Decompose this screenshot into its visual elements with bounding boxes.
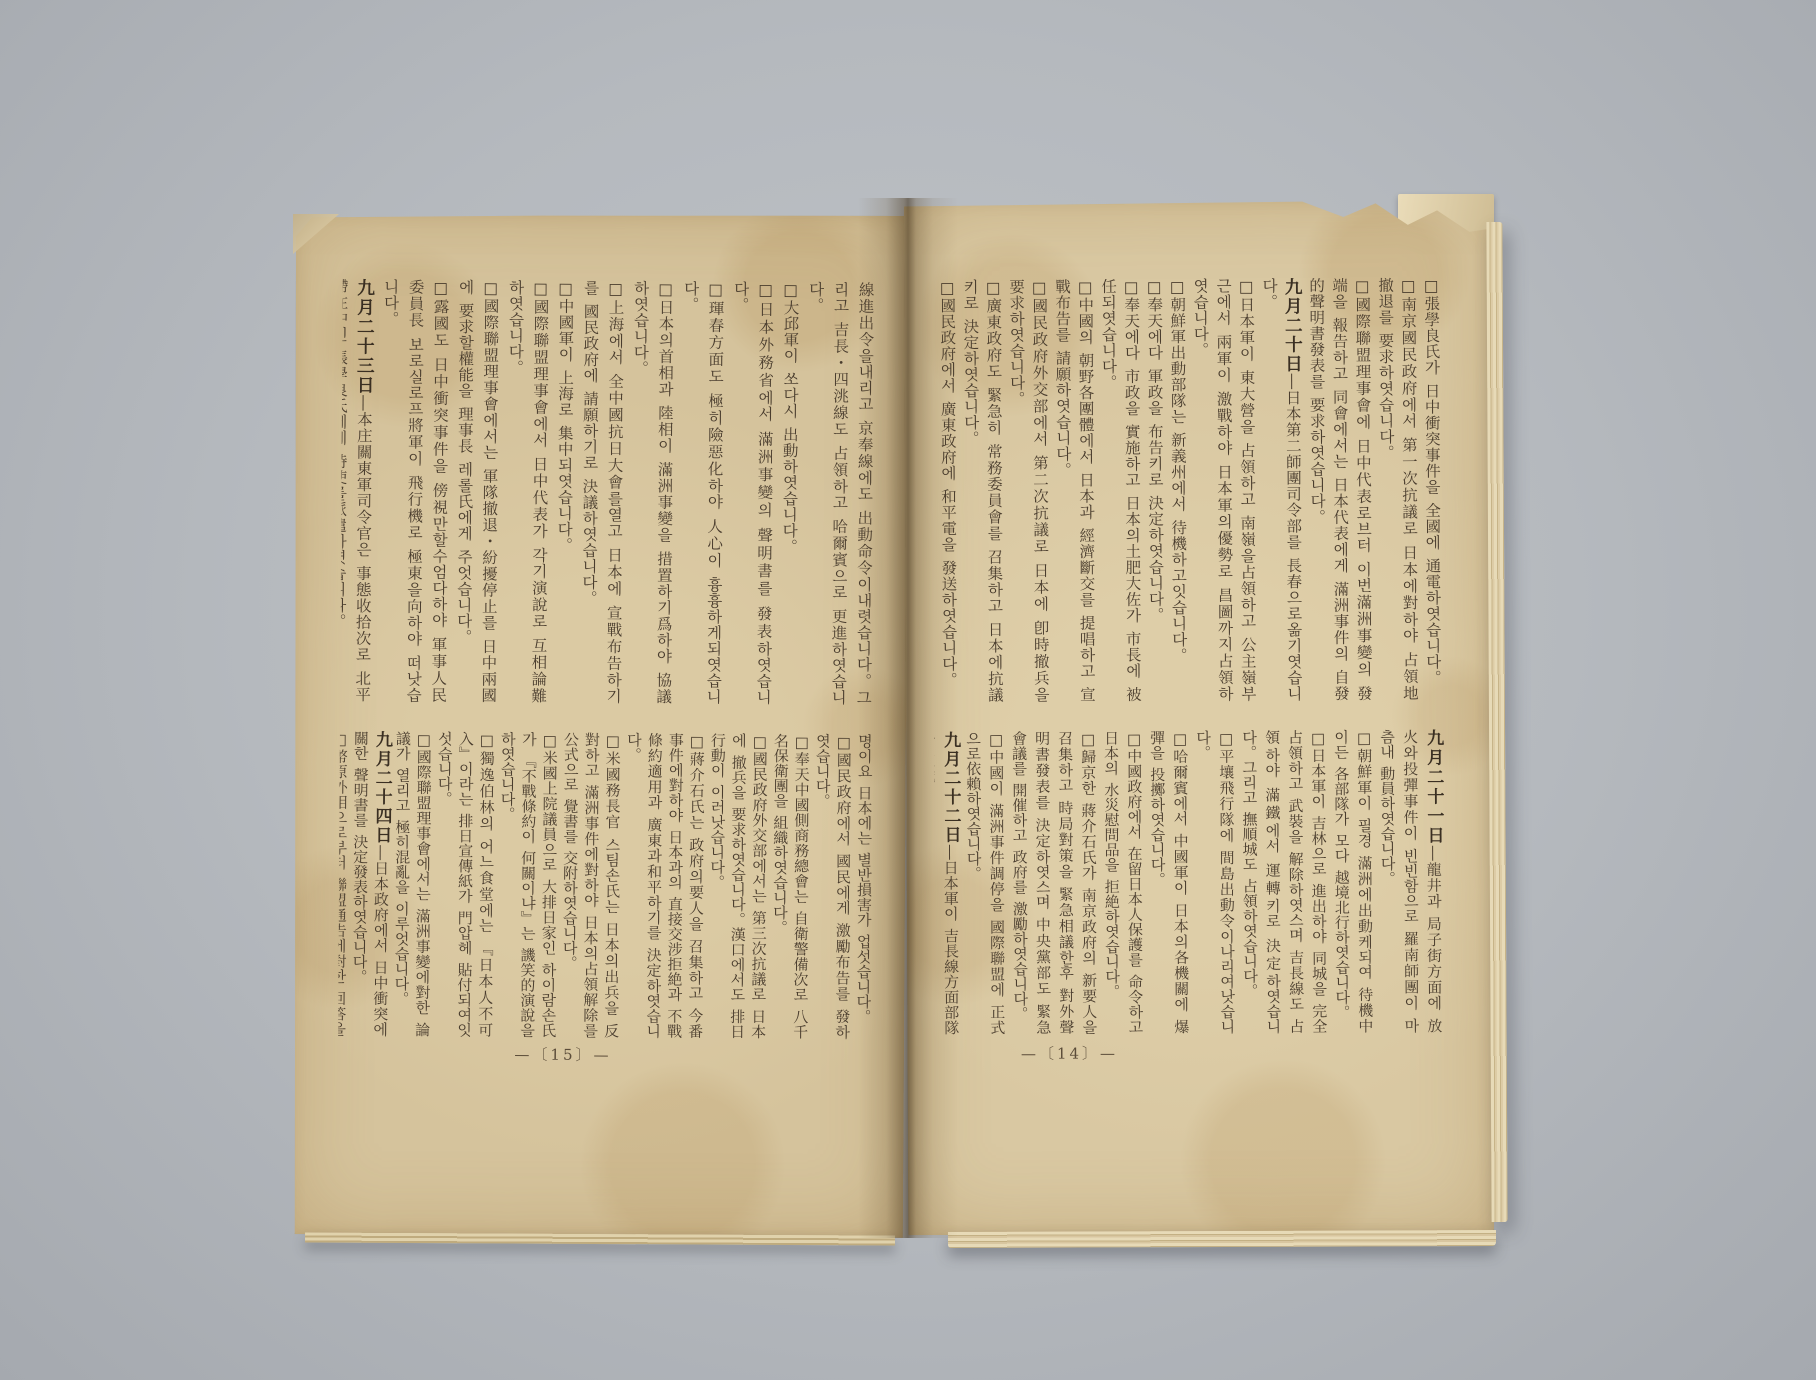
dated-news-entry: 九月二十二日―日本軍이 吉長線方面部隊가 東鐵 <box>934 731 962 1035</box>
news-entry: □幣原外相으로부터 聯盟通告에對한 回答을 發하고 이번 滿洲事變은 軍事的行動… <box>338 730 350 1036</box>
date-heading: 九月二十日 <box>1282 278 1303 374</box>
news-entry: □廣東政府도 緊急히 常務委員會를 召集하고 日本에抗議키로 決定하엿습니다。 <box>958 279 1006 703</box>
dated-news-entry: 九月二十一日―龍井과 局子街方面에 放火와投彈事件이 빈빈함으로 羅南師團이 마… <box>1375 729 1445 1033</box>
book-page-right: □張學良氏가 日中衝突事件을 全國에 通電하엿습니다。□南京國民政府에서 第一次… <box>904 199 1495 1236</box>
date-heading: 九月二十三日 <box>354 278 376 395</box>
page-stack-edge-bottom-left <box>305 1232 895 1245</box>
news-entry: □奉天中國側商務總會는 自衛警備次로 八千名保衛團을 組織하엿습니다。 <box>768 733 812 1039</box>
news-entry: □日本軍이 東大營을 占領하고 南嶺을占領하고 公主嶺부근에서 兩軍이 激戰하야… <box>1188 278 1259 702</box>
open-book: 線進出令을내리고 京奉線에도 出動命令이내렷습니다。그리고 吉長・四洮線도 占領… <box>0 0 1816 1380</box>
news-entry: □中國의 朝野各團體에서 日本과 經濟斷交를 提唱하고 宣戰布告를 請願하엿습니… <box>1050 278 1098 702</box>
news-entry: □張學良氏가 日中衝突事件을 全國에 通電하엿습니다。 <box>1419 277 1444 701</box>
news-entry: □國民政府外交部에서 第二次抗議로 日本에 卽時撤兵을 要求하엿습니다。 <box>1004 279 1052 703</box>
news-entry: □平壤飛行隊에 間島出動令이나리여낫습니다。 <box>1191 730 1238 1034</box>
news-entry: 線進出令을내리고 京奉線에도 出動命令이내렷습니다。그리고 吉長・四洮線도 占領… <box>800 281 878 705</box>
news-entry: □蔣介石氏는 政府의要人을 召集하고 今番事件에對하야 日本과의 直接交涉拒絶과… <box>621 732 707 1039</box>
news-entry: □奉天에다 市政을 實施하고 日本의土肥大佐가 市長에 被任되엿습니다。 <box>1096 278 1144 702</box>
dated-news-entry: 九月二十四日―日本政府에서 日中衝突에關한 聲明書를 決定發表하엿습니다。 <box>348 730 392 1036</box>
news-entry: □國民政府에서 廣東政府에 和平電을 發送하엿습니다。 <box>935 279 960 703</box>
date-heading: 九月二十二日 <box>940 731 960 845</box>
news-entry: □獨逸伯林의 어느食堂에는 『日本人不可入』이라는 排日宣傳紙가 門압헤 貼付되… <box>432 731 497 1037</box>
news-entry: □中國政府에서 在留日本人保護를 命令하고 日本의 水災慰問品을 拒絶하엿습니다… <box>1099 730 1146 1034</box>
news-entry: □朝鮮軍出動部隊는 新義州에서 待機하고잇습니다。 <box>1165 278 1190 702</box>
page-stack-edge-bottom-right <box>948 1230 1496 1248</box>
news-entry: □中國軍이 上海로 集中되엿습니다。 <box>550 280 578 704</box>
photo-of-open-book: { "photo": { "background_color": "#b5b9b… <box>0 0 1816 1380</box>
news-entry: □南京國民政府에서 第一次抗議로 日本에對하야 占領地撤退를 要求하엿습니다。 <box>1373 277 1421 701</box>
dated-news-entry: 九月二十三日―本庄關東軍司令官은 事態收拾次로 北平滯在中인 張學良氏에게 特使… <box>340 278 378 702</box>
news-entry: □國民政府에서 國民에게 激勵布告를 發하엿습니다。 <box>810 733 854 1039</box>
news-entry: □奉天에다 軍政을 布告키로 決定하엿습니다。 <box>1142 278 1167 702</box>
date-heading: 九月二十四日 <box>371 731 392 846</box>
news-entry: □國際聯盟理事會에 日中代表로브터 이번滿洲事變의 發端을 報告하고 同會에서는… <box>1304 277 1375 701</box>
news-entry: □露國도 日中衝突事件을 傍視만할수엄다하야 軍事人民委員長 보로실로프將軍이 … <box>375 279 453 703</box>
text-band-top: □張學良氏가 日中衝突事件을 全國에 通電하엿습니다。□南京國民政府에서 第一次… <box>932 277 1444 703</box>
news-entry: □國際聯盟理事會에서 日中代表가 각기演說로 互相論難하엿습니다。 <box>500 279 553 703</box>
news-entry: □日本의首相과 陸相이 滿洲事變을 措置하기爲하야 協議하엿습니다。 <box>625 280 678 704</box>
news-entry: □朝鮮軍이 필경 滿洲에出動케되여 待機中이든 各部隊가 모다 越境北行하엿습니… <box>1329 729 1376 1033</box>
news-entry: □國際聯盟理事會에서는 滿洲事變에對한 論議가 열리고 極히混亂을 이루엇습니다… <box>390 731 434 1037</box>
dated-news-entry: 九月二十日―日本第二師團司令部를 長春으로옮기엿습니다。 <box>1257 278 1306 702</box>
news-entry: □日本外務省에서 滿洲事變의 聲明書를 發表하엿습니다。 <box>725 281 778 705</box>
news-entry: □國際聯盟理事會에서는 軍隊撤退・紛擾停止를 日中兩國에 要求할權能을 理事長 … <box>450 279 503 703</box>
date-heading: 九月二十一日 <box>1423 729 1444 846</box>
news-entry: □米國上院議員으로 大排日家인 하이람손氏가 『不戰條約이 何關이냐』는 譏笑的… <box>495 731 560 1037</box>
news-entry: □哈爾賓에서 中國軍이 日本의各機關에 爆彈을 投擲하엿습니다。 <box>1145 730 1192 1034</box>
news-entry: □米國務長官 스팀손氏는 日本의出兵을 反對하고 滿洲事件에對하야 日本의占領解… <box>558 732 623 1038</box>
news-entry: □大邱軍이 쏘다시 出動하엿습니다。 <box>775 281 803 705</box>
news-entry: □歸京한 蔣介石氏가 南京政府의 新要人을 召集하고 時局對策을 緊急相議한후 … <box>1007 730 1100 1034</box>
text-band-bottom: 명이요 日本에는 별반損害가 업섯습니다。□國民政府에서 國民에게 激勵布告를 … <box>338 730 875 1039</box>
news-entry: □日本軍이 吉林으로 進出하야 同城을 完全占領하고 武裝을 解除하엿스며 吉長… <box>1237 729 1330 1033</box>
page-number-15: —〔15〕— <box>463 1043 663 1065</box>
news-entry: □國民政府外交部에서는 第三次抗議로 日本에 撤兵을 要求하엿습니다。漢口에서도… <box>705 733 770 1039</box>
text-band-bottom: 九月二十一日―龍井과 局子街方面에 放火와投彈事件이 빈빈함으로 羅南師團이 마… <box>934 729 1445 1035</box>
news-entry: 명이요 日本에는 별반損害가 업섯습니다。 <box>852 734 875 1040</box>
news-entry: □上海에서 全中國抗日大會를열고 日本에 宣戰布告하기를 國民政府에 請願하기로… <box>575 280 628 704</box>
page-number-14: —〔14〕— <box>969 1042 1169 1064</box>
book-page-left: 線進出令을내리고 京奉線에도 出動命令이내렷습니다。그리고 吉長・四洮線도 占領… <box>290 212 909 1238</box>
news-entry: □琿春方面도 極히險惡化하야 人心이 흉흉하게되엿습니다。 <box>675 280 728 704</box>
news-entry: □中國이 滿洲事件調停을 國際聯盟에 正式으로依賴하엿습니다。 <box>961 731 1008 1035</box>
text-band-top: 線進出令을내리고 京奉線에도 出動命令이내렷습니다。그리고 吉長・四洮線도 占領… <box>340 278 878 705</box>
